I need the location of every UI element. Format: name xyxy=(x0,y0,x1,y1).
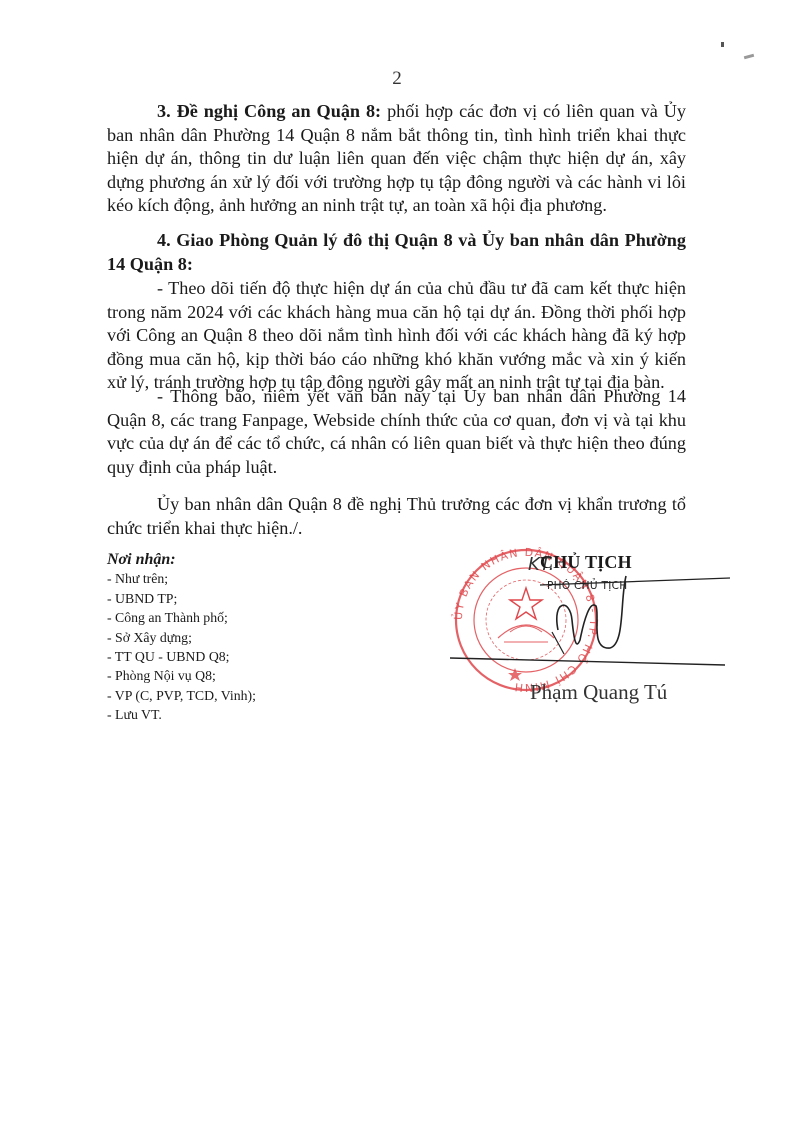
recipients-list: - Như trên; - UBND TP; - Công an Thành p… xyxy=(107,569,256,724)
recipient-item: - UBND TP; xyxy=(107,589,256,608)
signer-subrole: PHÓ CHỦ TỊCH xyxy=(547,580,627,592)
page-number: 2 xyxy=(0,68,794,90)
signature-block: ỦY BAN NHÂN DÂN QUẬN 8 - TP. HỒ CHÍ MINH… xyxy=(440,540,740,720)
scan-artifact xyxy=(744,54,754,59)
recipient-item: - Như trên; xyxy=(107,569,256,588)
recipient-item: - VP (C, PVP, TCD, Vinh); xyxy=(107,686,256,705)
section-4-bullet-1: - Theo dõi tiến độ thực hiện dự án của c… xyxy=(107,277,686,395)
recipient-item: - Công an Thành phố; xyxy=(107,608,256,627)
recipient-item: - Sở Xây dựng; xyxy=(107,628,256,647)
section-3-heading: 3. Đề nghị Công an Quận 8: xyxy=(157,101,381,121)
signer-role: CHỦ TỊCH xyxy=(540,552,632,573)
recipient-item: - TT QU - UBND Q8; xyxy=(107,647,256,666)
section-3: 3. Đề nghị Công an Quận 8: phối hợp các … xyxy=(107,100,686,218)
scan-artifact xyxy=(721,42,724,47)
closing-paragraph: Ủy ban nhân dân Quận 8 đề nghị Thủ trưởn… xyxy=(107,493,686,540)
recipients-block: Nơi nhận: - Như trên; - UBND TP; - Công … xyxy=(107,550,256,725)
section-4-heading: 4. Giao Phòng Quản lý đô thị Quận 8 và Ủ… xyxy=(107,229,686,276)
recipient-item: - Phòng Nội vụ Q8; xyxy=(107,666,256,685)
recipient-item: - Lưu VT. xyxy=(107,705,256,724)
signer-name: Phạm Quang Tú xyxy=(530,680,667,705)
section-4-bullet-2: - Thông báo, niêm yết văn bản này tại Ủy… xyxy=(107,385,686,479)
recipients-title: Nơi nhận: xyxy=(107,550,256,569)
